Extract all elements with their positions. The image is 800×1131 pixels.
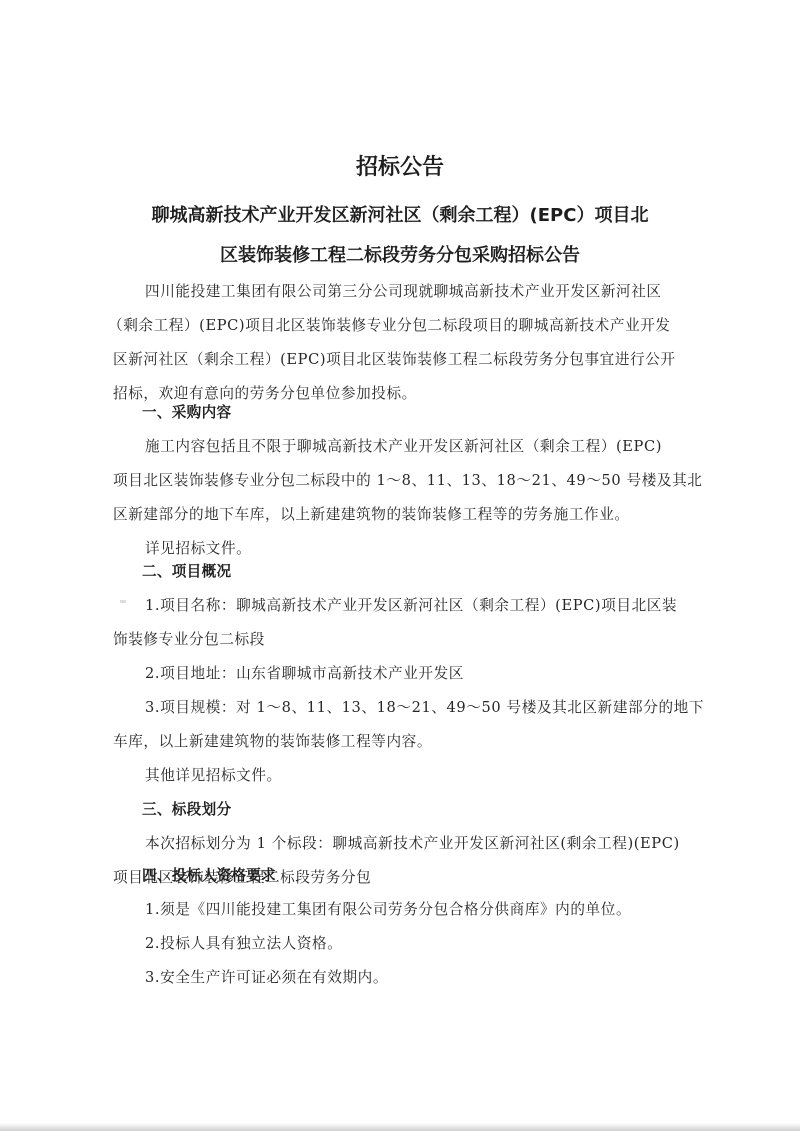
section-heading-2: 二、项目概况: [142, 562, 686, 582]
section-1-line: 施工内容包括且不限于聊城高新技术产业开发区新河社区（剩余工程）(EPC): [145, 437, 689, 457]
scan-bottom-edge: [0, 1123, 800, 1131]
intro-line: 四川能投建工集团有限公司第三分公司现就聊城高新技术产业开发区新河社区: [145, 282, 689, 302]
section-heading-4: 四、投标人资格要求: [142, 866, 686, 886]
intro-line: 区新河社区（剩余工程）(EPC)项目北区装饰装修工程二标段劳务分包事宜进行公开: [113, 350, 689, 370]
section-2-line: 车库，以上新建建筑物的装饰装修工程等内容。: [113, 732, 689, 752]
section-4-line: 2.投标人具有独立法人资格。: [145, 934, 689, 954]
document-title: 招标公告: [0, 150, 800, 181]
intro-line: （剩余工程）(EPC)项目北区装饰装修专业分包二标段项目的聊城高新技术产业开发: [108, 316, 684, 336]
section-4-line: 1.须是《四川能投建工集团有限公司劳务分包合格分供商库》内的单位。: [145, 900, 689, 920]
section-2-line: 1.项目名称：聊城高新技术产业开发区新河社区（剩余工程）(EPC)项目北区装: [145, 596, 689, 616]
section-1-line: 项目北区装饰装修专业分包二标段中的 1～8、11、13、18～21、49～50 …: [113, 471, 689, 491]
section-heading-3: 三、标段划分: [142, 800, 686, 820]
section-4-line: 3.安全生产许可证必须在有效期内。: [145, 968, 689, 988]
section-2-line: 其他详见招标文件。: [145, 766, 689, 786]
document-page: 招标公告 聊城高新技术产业开发区新河社区（剩余工程）(EPC）项目北 区装饰装修…: [0, 0, 800, 1131]
document-subtitle-line-2: 区装饰装修工程二标段劳务分包采购招标公告: [110, 241, 690, 267]
section-3-line: 本次招标划分为 1 个标段：聊城高新技术产业开发区新河社区(剩余工程)(EPC): [145, 834, 689, 854]
section-1-line: 区新建部分的地下车库，以上新建建筑物的装饰装修工程等的劳务施工作业。: [113, 505, 689, 525]
section-2-line: 2.项目地址：山东省聊城市高新技术产业开发区: [145, 664, 689, 684]
section-heading-1: 一、采购内容: [142, 403, 686, 423]
scan-artifact: [120, 600, 126, 603]
intro-line: 招标，欢迎有意向的劳务分包单位参加投标。: [113, 384, 689, 404]
section-2-line: 饰装修专业分包二标段: [113, 630, 689, 650]
section-1-line: 详见招标文件。: [145, 539, 689, 559]
document-subtitle-line-1: 聊城高新技术产业开发区新河社区（剩余工程）(EPC）项目北: [110, 201, 690, 227]
section-2-line: 3.项目规模：对 1～8、11、13、18～21、49～50 号楼及其北区新建部…: [145, 698, 689, 718]
